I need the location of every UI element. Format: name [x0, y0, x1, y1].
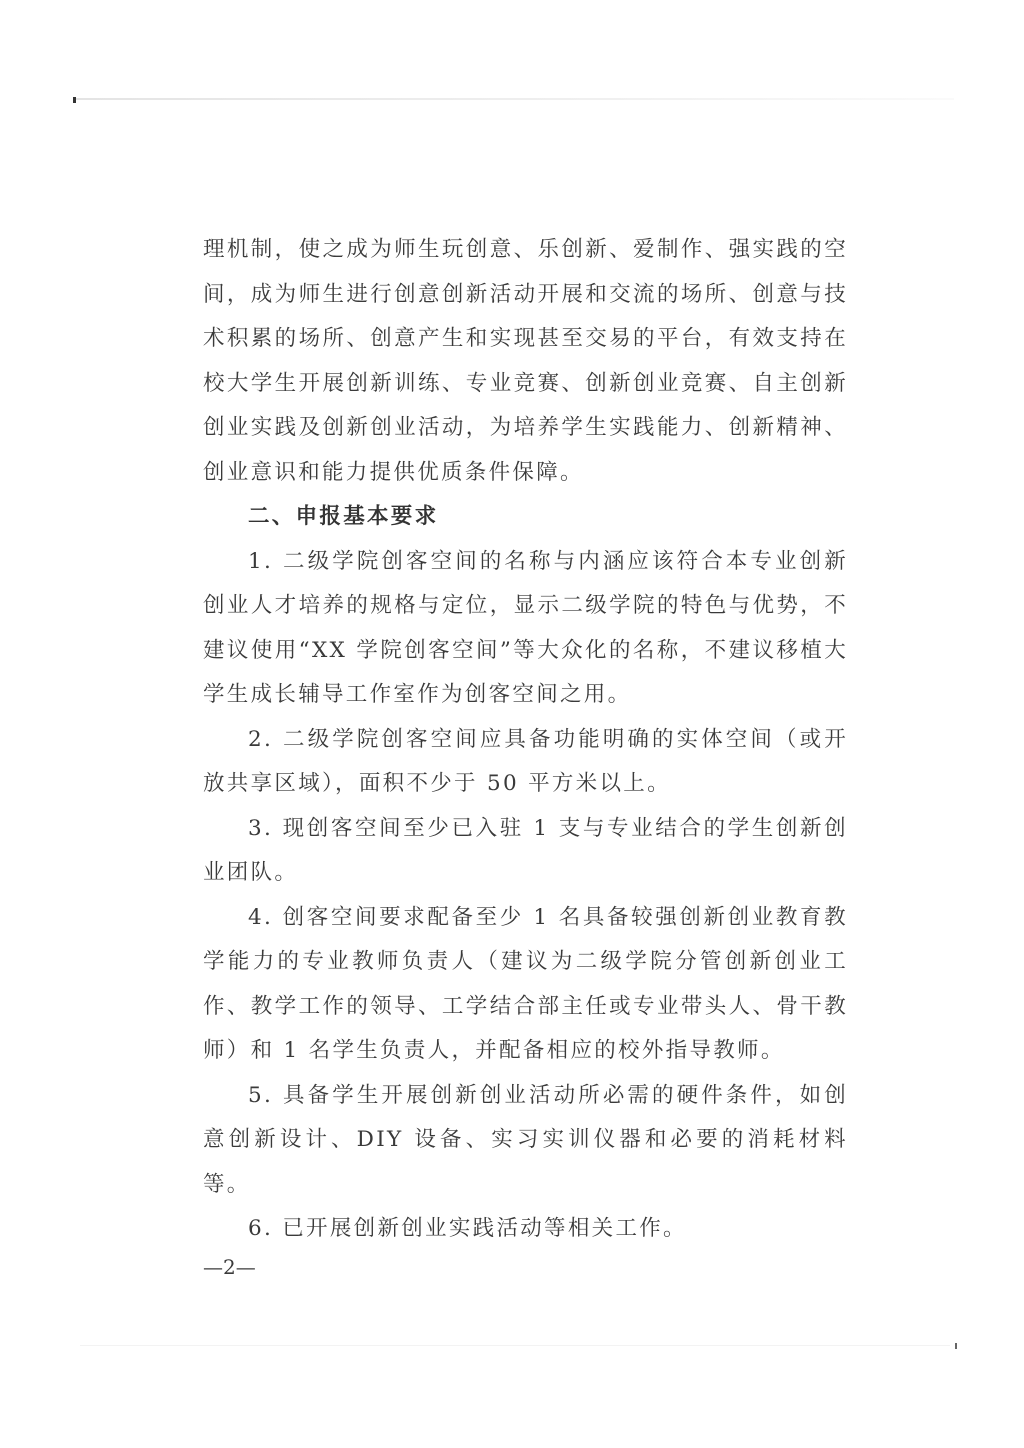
requirement-item-1: 1. 二级学院创客空间的名称与内涵应该符合本专业创新创业人才培养的规格与定位，显… — [203, 540, 848, 718]
requirement-item-3: 3. 现创客空间至少已入驻 1 支与专业结合的学生创新创业团队。 — [203, 807, 848, 896]
scan-corner-mark — [73, 97, 76, 103]
requirement-item-2: 2. 二级学院创客空间应具备功能明确的实体空间（或开放共享区域），面积不少于 5… — [203, 718, 848, 807]
document-body: 理机制，使之成为师生玩创意、乐创新、爱制作、强实践的空间，成为师生进行创意创新活… — [203, 228, 848, 1252]
scan-top-edge — [74, 98, 954, 100]
section-heading: 二、申报基本要求 — [203, 495, 848, 540]
requirement-item-4: 4. 创客空间要求配备至少 1 名具备较强创新创业教育教学能力的专业教师负责人（… — [203, 896, 848, 1074]
scan-bottom-edge — [80, 1345, 950, 1346]
page-number: —2— — [203, 1255, 256, 1279]
requirement-item-6: 6. 已开展创新创业实践活动等相关工作。 — [203, 1207, 848, 1252]
body-paragraph: 理机制，使之成为师生玩创意、乐创新、爱制作、强实践的空间，成为师生进行创意创新活… — [203, 228, 848, 495]
requirement-item-5: 5. 具备学生开展创新创业活动所必需的硬件条件，如创意创新设计、DIY 设备、实… — [203, 1074, 848, 1208]
scan-corner-mark-bottom — [955, 1343, 957, 1349]
